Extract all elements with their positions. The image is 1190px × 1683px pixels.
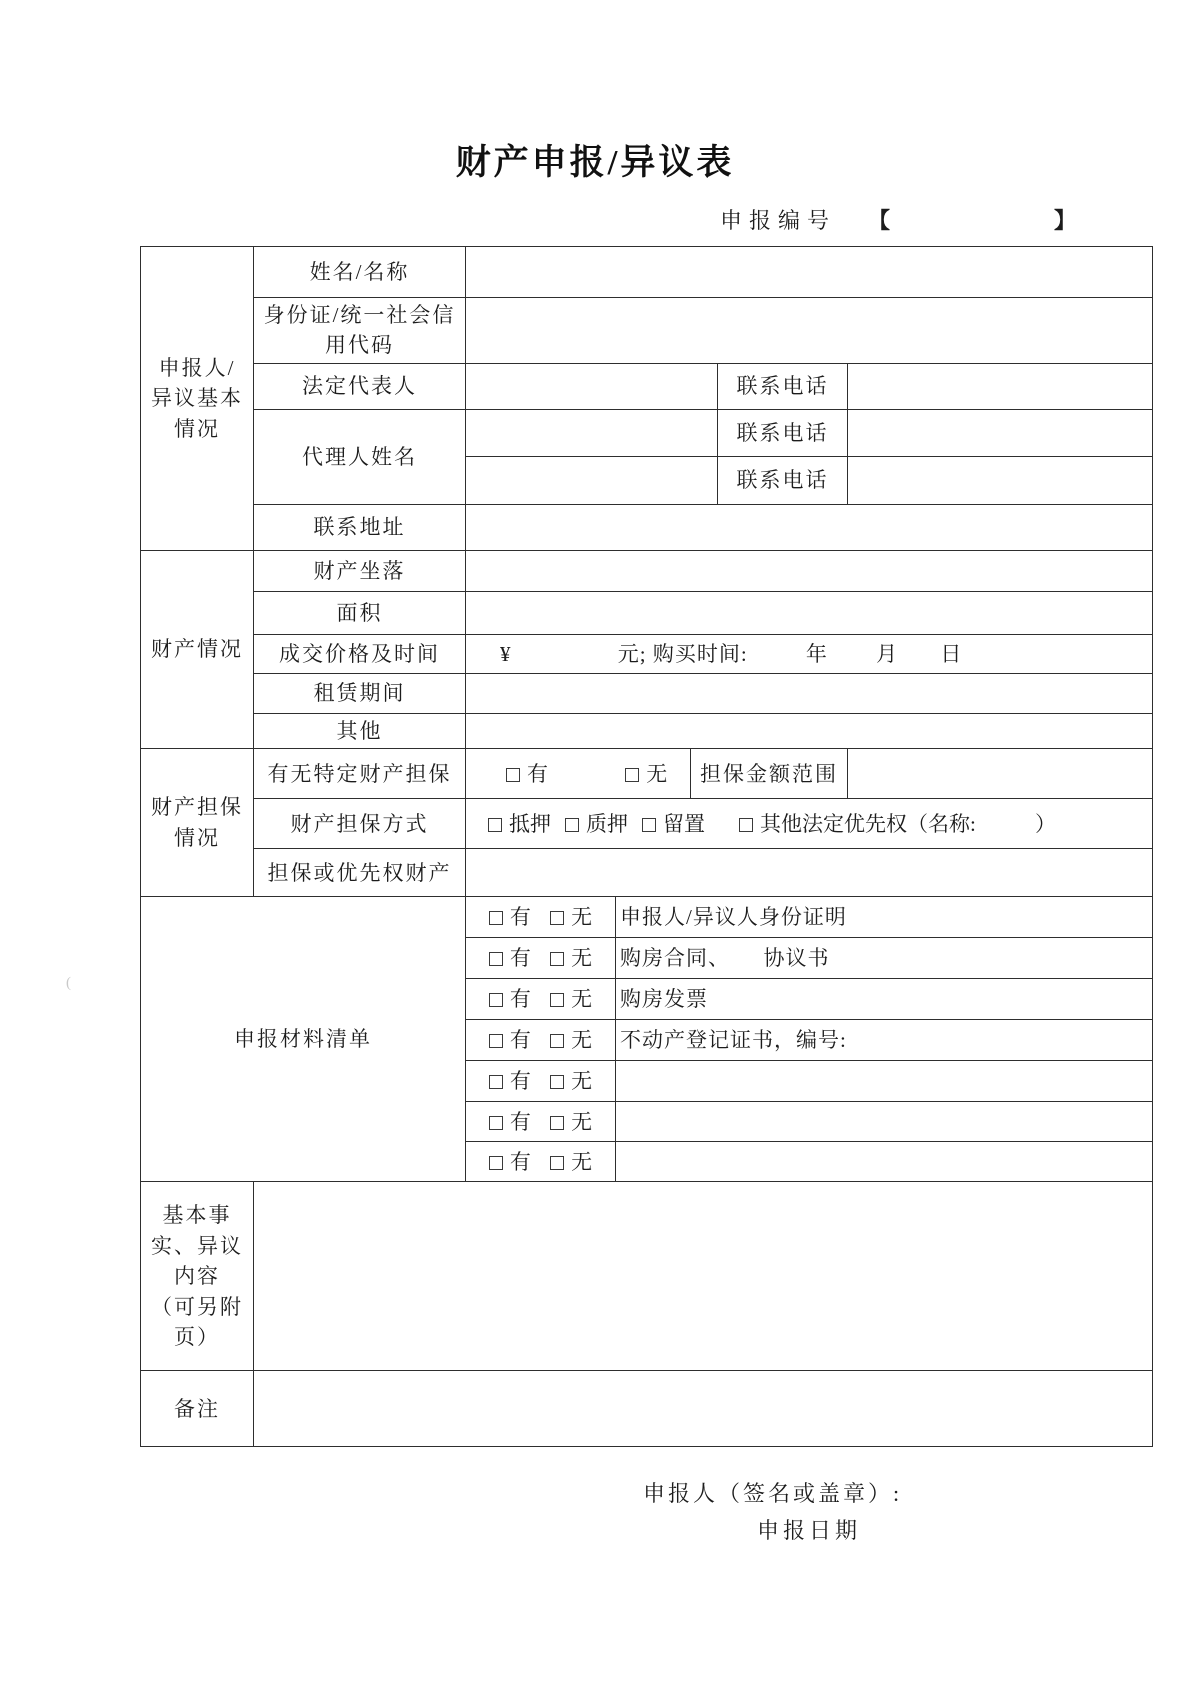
- name-label: 姓名/名称: [254, 247, 466, 298]
- has-guarantee-options: 有 无: [466, 749, 691, 799]
- phone-input-1[interactable]: [848, 363, 1153, 409]
- checkbox-has-icon[interactable]: [489, 1075, 503, 1089]
- declaration-date-label: 申报日期: [757, 1514, 861, 1545]
- area-label: 面积: [254, 591, 466, 634]
- year-label: 年: [806, 642, 828, 666]
- facts-input[interactable]: [254, 1182, 1153, 1371]
- phone-label-3: 联系电话: [718, 456, 848, 504]
- price-time-label: 成交价格及时间: [254, 634, 466, 673]
- phone-label-1: 联系电话: [718, 363, 848, 409]
- agent-label: 代理人姓名: [254, 409, 466, 504]
- section-materials-label: 申报材料清单: [141, 897, 466, 1182]
- other-input[interactable]: [466, 713, 1153, 748]
- material-desc-4[interactable]: [616, 1061, 1153, 1102]
- method-label: 财产担保方式: [254, 799, 466, 849]
- other-label: 其他: [254, 713, 466, 748]
- checkbox-has-icon[interactable]: [489, 1156, 503, 1170]
- phone-input-3[interactable]: [848, 456, 1153, 504]
- buy-time-label: 元; 购买时间:: [618, 642, 748, 666]
- location-label: 财产坐落: [254, 550, 466, 591]
- material-desc-2: 购房发票: [616, 979, 1153, 1020]
- material-desc-0: 申报人/异议人身份证明: [616, 897, 1153, 938]
- scan-artifact: (: [66, 975, 71, 992]
- checkbox-none-icon[interactable]: [550, 1116, 564, 1130]
- signature-label: 申报人（签名或盖章）:: [643, 1477, 902, 1508]
- amount-range-input[interactable]: [848, 749, 1153, 799]
- material-desc-5[interactable]: [616, 1102, 1153, 1142]
- material-desc-6[interactable]: [616, 1142, 1153, 1182]
- form-page: 财产申报/异议表 申报编号 【 】 ( 申报人/ 异议基本 情况 姓名/名称: [0, 0, 1190, 1683]
- month-label: 月: [876, 642, 898, 666]
- bracket-close: 】: [1054, 204, 1076, 235]
- material-checkboxes-5: 有 无: [466, 1102, 616, 1142]
- section-facts-label: 基本事 实、异议 内容 （可另附 页）: [141, 1182, 254, 1371]
- material-desc-3: 不动产登记证书，编号:: [616, 1020, 1153, 1061]
- declaration-number-input[interactable]: [890, 207, 1054, 231]
- material-checkboxes-2: 有 无: [466, 979, 616, 1020]
- amount-range-label: 担保金额范围: [691, 749, 848, 799]
- checkbox-none-icon[interactable]: [550, 911, 564, 925]
- declaration-number-line: 申报编号 【 】: [720, 204, 1092, 234]
- material-desc-1: 购房合同、 协议书: [616, 938, 1153, 979]
- section-basic-label: 申报人/ 异议基本 情况: [141, 247, 254, 551]
- phone-input-2[interactable]: [848, 409, 1153, 456]
- checkbox-none-icon[interactable]: [550, 1075, 564, 1089]
- checkbox-none-icon[interactable]: [550, 1156, 564, 1170]
- material-checkboxes-4: 有 无: [466, 1061, 616, 1102]
- area-input[interactable]: [466, 591, 1153, 634]
- checkbox-has-icon[interactable]: [489, 993, 503, 1007]
- property-declaration-table: 申报人/ 异议基本 情况 姓名/名称 身份证/统一社会信用代码 法定代表人 联系…: [140, 246, 1153, 1447]
- phone-label-2: 联系电话: [718, 409, 848, 456]
- agent-input-2[interactable]: [466, 456, 718, 504]
- id-code-label: 身份证/统一社会信用代码: [254, 298, 466, 364]
- agent-input-1[interactable]: [466, 409, 718, 456]
- checkbox-none-icon[interactable]: [550, 993, 564, 1007]
- checkbox-pledge-icon[interactable]: [565, 818, 579, 832]
- name-input[interactable]: [466, 247, 1153, 298]
- secured-property-input[interactable]: [466, 849, 1153, 897]
- section-guarantee-label: 财产担保 情况: [141, 749, 254, 897]
- material-checkboxes-3: 有 无: [466, 1020, 616, 1061]
- method-options: 抵押 质押 留置 其他法定优先权（名称: ）: [466, 799, 1153, 849]
- bracket-open: 【: [868, 204, 890, 235]
- material-checkboxes-6: 有 无: [466, 1142, 616, 1182]
- checkbox-lien-icon[interactable]: [642, 818, 656, 832]
- other-name-close-paren: ）: [1035, 809, 1056, 839]
- id-code-input[interactable]: [466, 298, 1153, 364]
- lease-label: 租赁期间: [254, 673, 466, 713]
- form-title: 财产申报/异议表: [0, 0, 1190, 184]
- address-input[interactable]: [466, 504, 1153, 550]
- checkbox-no-icon[interactable]: [625, 768, 639, 782]
- checkbox-has-icon[interactable]: [489, 1116, 503, 1130]
- has-guarantee-label: 有无特定财产担保: [254, 749, 466, 799]
- checkbox-has-icon[interactable]: [489, 1034, 503, 1048]
- lease-input[interactable]: [466, 673, 1153, 713]
- checkbox-other-priority-icon[interactable]: [739, 818, 753, 832]
- secured-property-label: 担保或优先权财产: [254, 849, 466, 897]
- checkbox-none-icon[interactable]: [550, 1034, 564, 1048]
- currency-symbol: ¥: [500, 642, 512, 666]
- day-label: 日: [940, 642, 962, 666]
- legal-rep-label: 法定代表人: [254, 363, 466, 409]
- declaration-number-label: 申报编号: [720, 204, 836, 235]
- checkbox-yes-icon[interactable]: [506, 768, 520, 782]
- address-label: 联系地址: [254, 504, 466, 550]
- remarks-input[interactable]: [254, 1371, 1153, 1447]
- section-remarks-label: 备注: [141, 1371, 254, 1447]
- checkbox-has-icon[interactable]: [489, 911, 503, 925]
- location-input[interactable]: [466, 550, 1153, 591]
- checkbox-mortgage-icon[interactable]: [488, 818, 502, 832]
- price-time-input[interactable]: ¥ 元; 购买时间: 年 月 日: [466, 634, 1153, 673]
- legal-rep-input[interactable]: [466, 363, 718, 409]
- material-checkboxes-1: 有 无: [466, 938, 616, 979]
- material-checkboxes-0: 有 无: [466, 897, 616, 938]
- checkbox-has-icon[interactable]: [489, 952, 503, 966]
- section-property-label: 财产情况: [141, 550, 254, 748]
- checkbox-none-icon[interactable]: [550, 952, 564, 966]
